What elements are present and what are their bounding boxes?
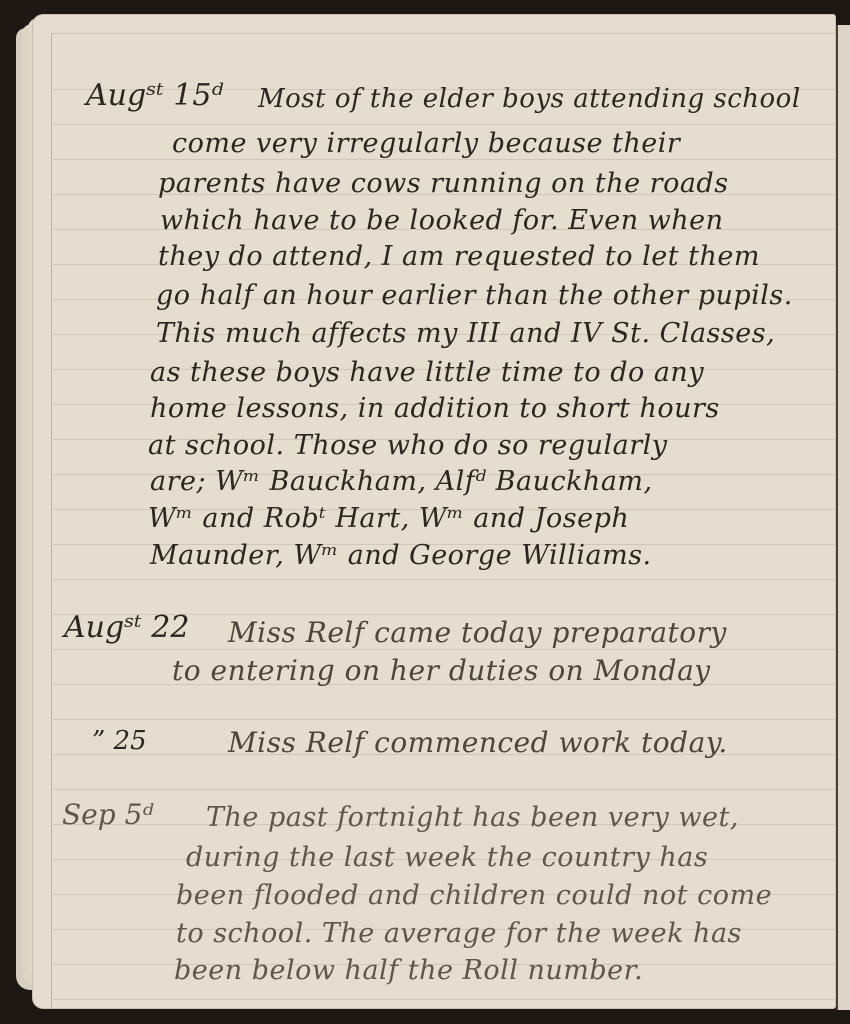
entry-date: ” 25 — [92, 726, 147, 756]
entry-date: Sep 5ᵈ — [62, 798, 154, 831]
entry-line: home lessons, in addition to short hours — [150, 393, 720, 424]
entry-line: Miss Relf came today preparatory — [228, 616, 727, 649]
entry-line: to entering on her duties on Monday — [172, 654, 711, 687]
entry-line: are; Wᵐ Bauckham, Alfᵈ Bauckham, — [150, 466, 653, 497]
entry-line: as these boys have little time to do any — [150, 357, 704, 388]
entry-line: Miss Relf commenced work today. — [228, 726, 728, 759]
entry-line: they do attend, I am requested to let th… — [158, 241, 760, 272]
entry-line: been flooded and children could not come — [176, 880, 772, 911]
entry-line: Wᵐ and Robᵗ Hart, Wᵐ and Joseph — [148, 503, 629, 534]
entry-line: to school. The average for the week has — [176, 918, 742, 949]
entry-line: The past fortnight has been very wet, — [206, 802, 739, 833]
entry-line: at school. Those who do so regularly — [148, 430, 668, 461]
entry-line: come very irregularly because their — [172, 128, 680, 159]
handwritten-text: Augˢᵗ 15ᵈ Most of the elder boys attendi… — [0, 0, 850, 1024]
entry-line: This much affects my III and IV St. Clas… — [156, 318, 775, 349]
entry-line: go half an hour earlier than the other p… — [156, 280, 793, 311]
entry-date: Augˢᵗ 15ᵈ — [86, 78, 223, 113]
entry-line: Maunder, Wᵐ and George Williams. — [150, 540, 652, 571]
entry-line: during the last week the country has — [186, 842, 708, 873]
entry-line: parents have cows running on the roads — [158, 168, 729, 199]
entry-line: been below half the Roll number. — [174, 955, 643, 986]
entry-date: Augˢᵗ 22 — [64, 610, 189, 645]
entry-line: which have to be looked for. Even when — [160, 205, 724, 236]
entry-line: Most of the elder boys attending school — [258, 84, 801, 114]
